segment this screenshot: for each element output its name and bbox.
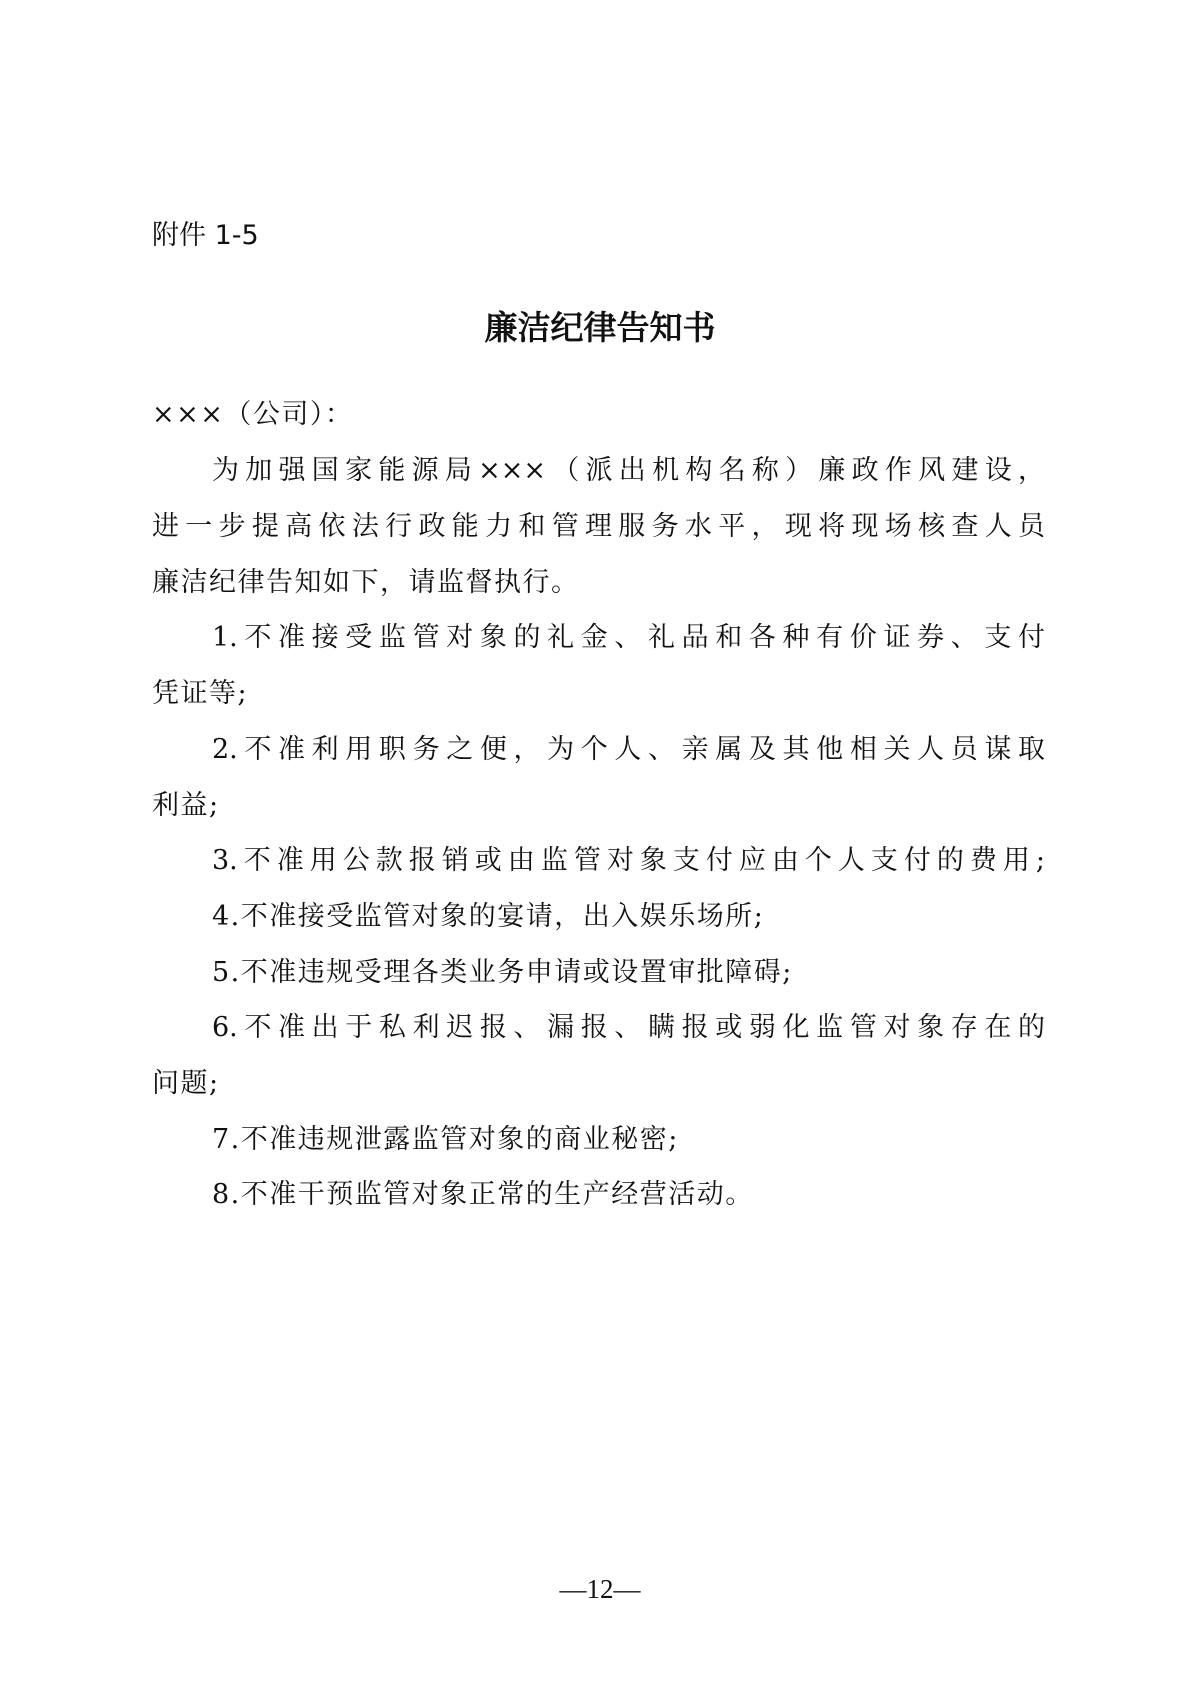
rule-1-line-2: 凭证等; <box>152 676 248 712</box>
intro-line-3: 廉洁纪律告知如下，请监督执行。 <box>152 565 580 601</box>
document-title: 廉洁纪律告知书 <box>0 302 1200 349</box>
rule-5: 5.不准违规受理各类业务申请或设置审批障碍; <box>212 955 793 991</box>
rule-1-line-1: 1.不准接受监管对象的礼金、礼品和各种有价证券、支付 <box>212 620 1045 656</box>
rule-6-line-1: 6.不准出于私利迟报、漏报、瞒报或弱化监管对象存在的 <box>212 1010 1045 1046</box>
rule-2-line-1: 2.不准利用职务之便，为个人、亲属及其他相关人员谋取 <box>212 732 1045 768</box>
intro-line-2: 进一步提高依法行政能力和管理服务水平，现将现场核查人员 <box>152 509 1045 545</box>
rule-4: 4.不准接受监管对象的宴请，出入娱乐场所; <box>212 899 764 935</box>
page-number: —12— <box>0 1574 1200 1605</box>
salutation: ×××（公司）： <box>152 397 353 433</box>
attachment-label: 附件 1-5 <box>152 218 259 254</box>
intro-line-1: 为加强国家能源局×××（派出机构名称）廉政作风建设， <box>212 453 1045 489</box>
document-title-text: 廉洁纪律告知书 <box>485 308 716 347</box>
rule-3: 3.不准用公款报销或由监管对象支付应由个人支付的费用; <box>212 843 1045 879</box>
rule-2-line-2: 利益; <box>152 788 220 824</box>
rule-8: 8.不准干预监管对象正常的生产经营活动。 <box>212 1177 754 1213</box>
rule-6-line-2: 问题; <box>152 1066 220 1102</box>
document-page: 附件 1-5 廉洁纪律告知书 ×××（公司）： 为加强国家能源局×××（派出机构… <box>0 0 1200 1696</box>
rule-7: 7.不准违规泄露监管对象的商业秘密; <box>212 1122 679 1158</box>
